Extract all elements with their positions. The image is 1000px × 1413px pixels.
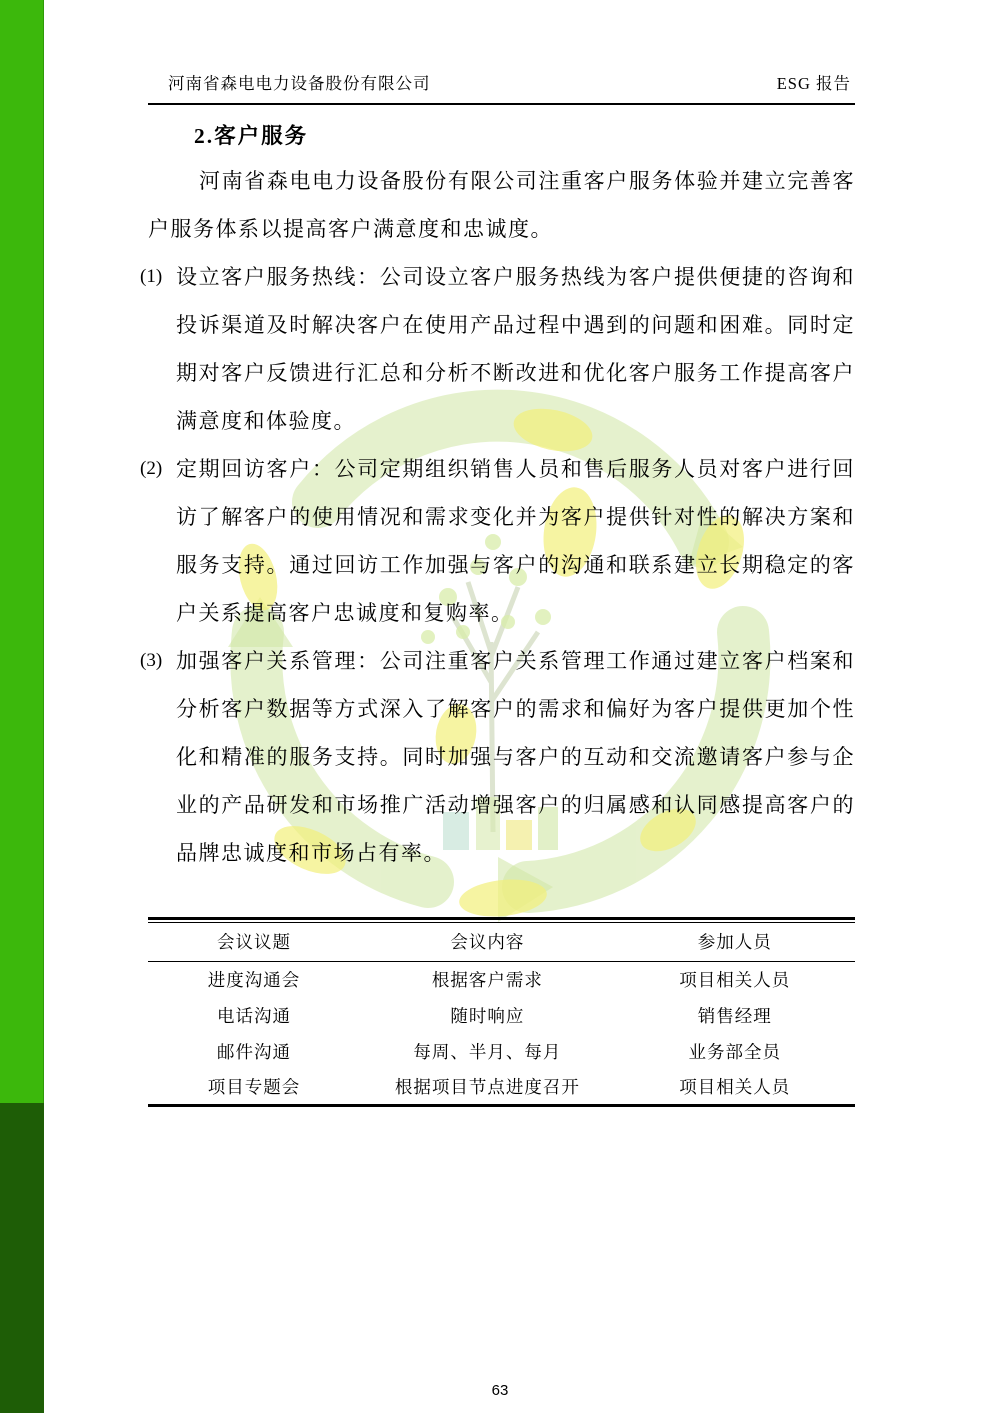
- table-row: 邮件沟通 每周、半月、每月 业务部全员: [148, 1033, 855, 1069]
- list-item: (3) 加强客户关系管理：公司注重客户关系管理工作通过建立客户档案和分析客户数据…: [148, 637, 855, 877]
- intro-paragraph: 河南省森电电力设备股份有限公司注重客户服务体验并建立完善客户服务体系以提高客户满…: [148, 157, 855, 253]
- table-cell: 项目相关人员: [615, 1069, 855, 1105]
- table-cell: 销售经理: [615, 997, 855, 1033]
- section-heading: 2.客户服务: [194, 119, 855, 150]
- document-page: 河南省森电电力设备股份有限公司 ESG 报告 2.客户服务 河南省森电电力设备股…: [0, 0, 1000, 1413]
- list-item-marker: (3): [140, 637, 176, 877]
- table-cell: 根据客户需求: [360, 961, 615, 997]
- table-cell: 项目相关人员: [615, 961, 855, 997]
- list-item-marker: (2): [140, 445, 176, 637]
- page-header: 河南省森电电力设备股份有限公司 ESG 报告: [148, 70, 855, 105]
- list-item-text: 设立客户服务热线：公司设立客户服务热线为客户提供便捷的咨询和投诉渠道及时解决客户…: [176, 253, 855, 445]
- page-content: 河南省森电电力设备股份有限公司 ESG 报告 2.客户服务 河南省森电电力设备股…: [148, 0, 855, 1107]
- left-margin-strip-dark: [0, 1103, 44, 1413]
- table-row: 电话沟通 随时响应 销售经理: [148, 997, 855, 1033]
- table-cell: 邮件沟通: [148, 1033, 360, 1069]
- table-header-row: 会议议题 会议内容 参加人员: [148, 923, 855, 961]
- table-cell: 业务部全员: [615, 1033, 855, 1069]
- table-row: 项目专题会 根据项目节点进度召开 项目相关人员: [148, 1069, 855, 1105]
- column-header: 会议议题: [148, 923, 360, 961]
- table-cell: 根据项目节点进度召开: [360, 1069, 615, 1105]
- table-cell: 进度沟通会: [148, 961, 360, 997]
- list-item-text: 定期回访客户：公司定期组织销售人员和售后服务人员对客户进行回访了解客户的使用情况…: [176, 445, 855, 637]
- numbered-list: (1) 设立客户服务热线：公司设立客户服务热线为客户提供便捷的咨询和投诉渠道及时…: [148, 253, 855, 877]
- table-top-rule-thick: [148, 917, 855, 920]
- table-row: 进度沟通会 根据客户需求 项目相关人员: [148, 961, 855, 997]
- header-company-name: 河南省森电电力设备股份有限公司: [168, 70, 431, 94]
- list-item-marker: (1): [140, 253, 176, 445]
- list-item: (1) 设立客户服务热线：公司设立客户服务热线为客户提供便捷的咨询和投诉渠道及时…: [148, 253, 855, 445]
- meeting-table: 会议议题 会议内容 参加人员 进度沟通会 根据客户需求 项目相关人员 电话沟通 …: [148, 923, 855, 1107]
- left-margin-strip-bright: [0, 0, 44, 1103]
- column-header: 参加人员: [615, 923, 855, 961]
- table-cell: 电话沟通: [148, 997, 360, 1033]
- column-header: 会议内容: [360, 923, 615, 961]
- table-cell: 随时响应: [360, 997, 615, 1033]
- table-cell: 每周、半月、每月: [360, 1033, 615, 1069]
- page-number: 63: [0, 1382, 1000, 1399]
- list-item-text: 加强客户关系管理：公司注重客户关系管理工作通过建立客户档案和分析客户数据等方式深…: [176, 637, 855, 877]
- meeting-table-section: 会议议题 会议内容 参加人员 进度沟通会 根据客户需求 项目相关人员 电话沟通 …: [148, 917, 855, 1107]
- header-report-label: ESG 报告: [777, 70, 851, 94]
- table-cell: 项目专题会: [148, 1069, 360, 1105]
- list-item: (2) 定期回访客户：公司定期组织销售人员和售后服务人员对客户进行回访了解客户的…: [148, 445, 855, 637]
